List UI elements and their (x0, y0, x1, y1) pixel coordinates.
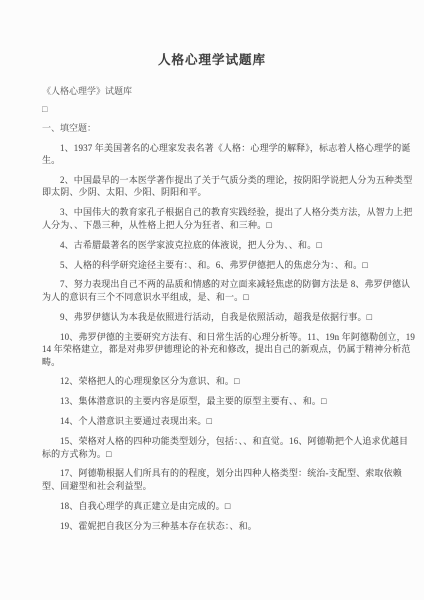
question-paragraph: 7、努力表现出自己不两的品质和情感的对立面来减轻焦虑的防御方法是 8、弗罗伊德认… (42, 278, 417, 303)
page-title: 人格心理学试题库 (42, 50, 382, 68)
question-list: 1、1937 年美国著名的心理家发表名著《人格：心理学的解释》，标志着人格心理学… (42, 142, 417, 532)
question-paragraph: 13、集体潜意识的主要内容是原型，最主要的原型主要有、、和。□ (42, 395, 417, 407)
question-paragraph: 15、荣格对人格的四种功能类型划分，包括：、、和直觉。16、阿德勒把个人追求优越… (42, 435, 417, 460)
question-paragraph: 4、古希腊最著名的医学家波克拉底的体液说，把人分为、、和。□ (42, 239, 417, 251)
question-paragraph: 17、阿德勒根据人们所具有的的程度，划分出四种人格类型：统治-支配型、索取依赖型… (42, 467, 417, 492)
question-paragraph: 9、弗罗伊德认为本我是依照进行活动，自我是依照活动，超我是依据行事。□ (42, 311, 417, 323)
document-page: 人格心理学试题库 《人格心理学》试题库 □ 一、填空题： 1、1937 年美国著… (0, 0, 424, 600)
question-paragraph: 19、霍妮把自我区分为三种基本存在状态：、和。 (42, 520, 417, 532)
question-paragraph: 5、人格的科学研究途径主要有：、和。6、弗罗伊德把人的焦虑分为：、和。□ (42, 259, 417, 271)
question-paragraph: 3、中国伟大的教育家孔子根据自己的教育实践经验，提出了人格分类方法，从智力上把人… (42, 206, 417, 231)
question-paragraph: 1、1937 年美国著名的心理家发表名著《人格：心理学的解释》，标志着人格心理学… (42, 142, 417, 167)
document-subtitle: 《人格心理学》试题库 (42, 85, 417, 97)
section-heading-fill-in-blanks: 一、填空题： (42, 122, 417, 134)
question-paragraph: 12、荣格把人的心理现象区分为意识、和。□ (42, 375, 417, 387)
question-paragraph: 10、弗罗伊德的主要研究方法有、和日常生活的心理分析等。11、19n 年阿德勒创… (42, 331, 417, 368)
missing-glyph-box: □ (42, 103, 417, 115)
question-paragraph: 14、个人潜意识主要通过表现出来。□ (42, 415, 417, 427)
question-paragraph: 2、中国最早的一本医学著作提出了关于气质分类的理论，按阴阳学说把人分为五种类型即… (42, 174, 417, 199)
question-paragraph: 18、自我心理学的真正建立是由完成的。□ (42, 500, 417, 512)
